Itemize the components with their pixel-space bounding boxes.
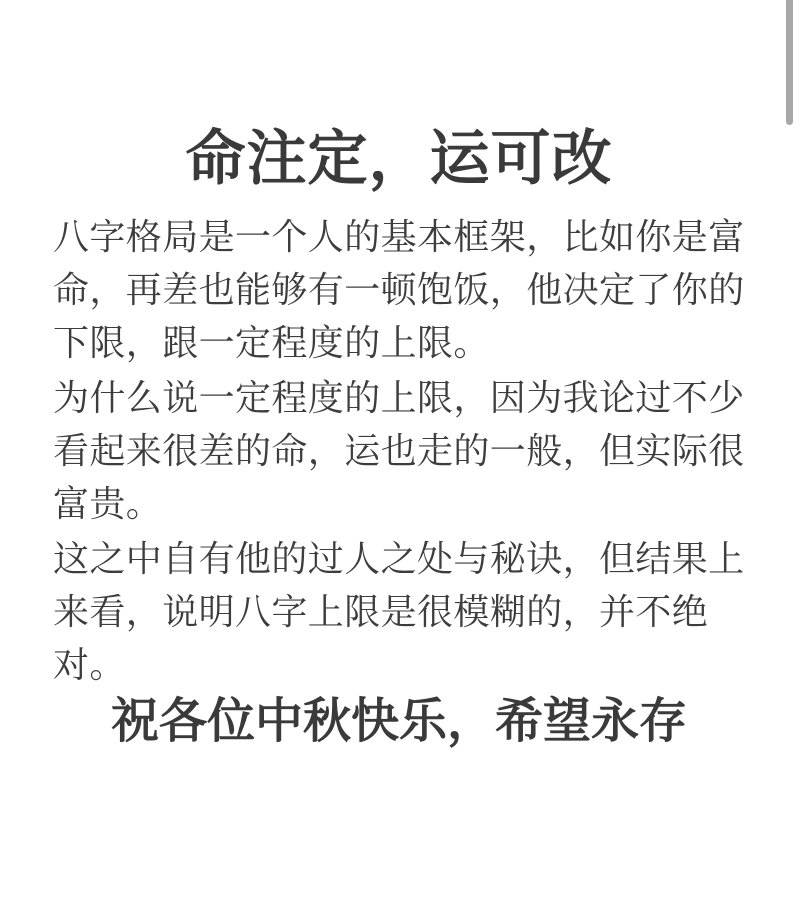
- paragraph-line: 为什么说一定程度的上限，因为我论过不少: [53, 371, 745, 424]
- article-content: 命注定，运可改 八字格局是一个人的基本框架，比如你是富 命，再差也能够有一顿饱饭…: [0, 0, 800, 751]
- paragraph-line: 命，再差也能够有一顿饱饭，他决定了你的: [53, 263, 745, 316]
- post-page: 命注定，运可改 八字格局是一个人的基本框架，比如你是富 命，再差也能够有一顿饱饭…: [0, 0, 800, 901]
- paragraph-line: 下限，跟一定程度的上限。: [53, 316, 745, 369]
- festival-greeting: 祝各位中秋快乐，希望永存: [53, 693, 745, 751]
- paragraph-line: 这之中自有他的过人之处与秘诀，但结果上: [53, 532, 745, 585]
- paragraph: 为什么说一定程度的上限，因为我论过不少 看起来很差的命，运也走的一般，但实际很 …: [53, 371, 745, 530]
- page-title: 命注定，运可改: [53, 0, 745, 202]
- paragraph: 八字格局是一个人的基本框架，比如你是富 命，再差也能够有一顿饱饭，他决定了你的 …: [53, 210, 745, 369]
- paragraph-line: 八字格局是一个人的基本框架，比如你是富: [53, 210, 745, 263]
- paragraph-line: 富贵。: [53, 477, 745, 530]
- paragraph-line: 看起来很差的命，运也走的一般，但实际很: [53, 424, 745, 477]
- paragraph-line: 来看，说明八字上限是很模糊的，并不绝: [53, 585, 745, 638]
- paragraph-line: 对。: [53, 638, 745, 691]
- article-body: 八字格局是一个人的基本框架，比如你是富 命，再差也能够有一顿饱饭，他决定了你的 …: [53, 210, 745, 691]
- paragraph: 这之中自有他的过人之处与秘诀，但结果上 来看，说明八字上限是很模糊的，并不绝 对…: [53, 532, 745, 691]
- scrollbar-thumb[interactable]: [786, 0, 793, 125]
